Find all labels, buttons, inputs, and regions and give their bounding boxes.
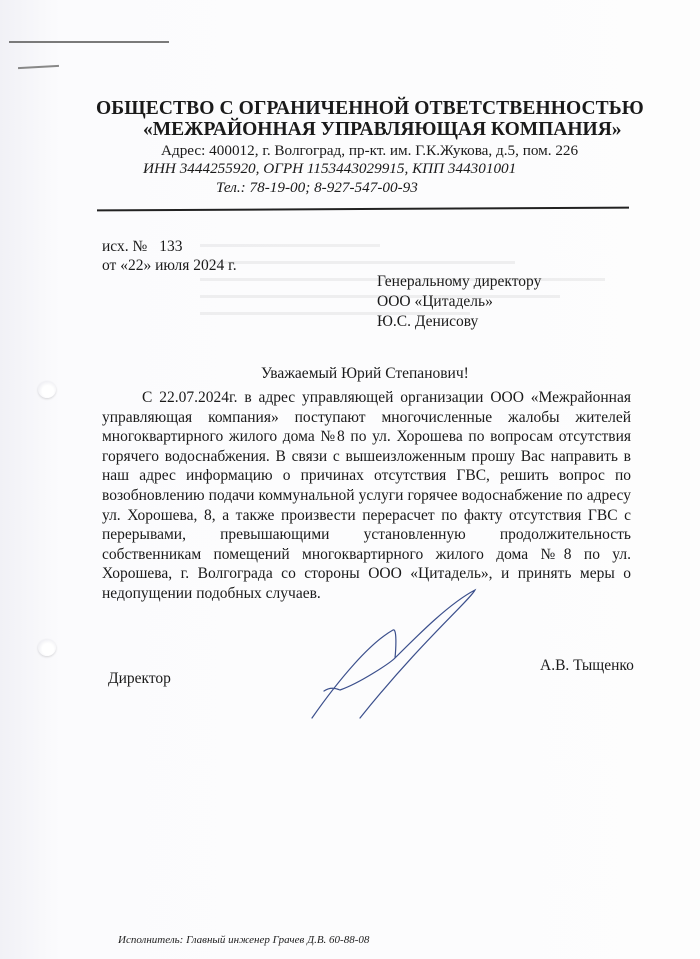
org-phones: Тел.: 78-19-00; 8-927-547-00-93 xyxy=(216,179,418,197)
outgoing-number: исх. №133 xyxy=(102,238,183,256)
executor-note: Исполнитель: Главный инженер Грачев Д.В.… xyxy=(118,934,369,946)
org-name-line1: ОБЩЕСТВО С ОГРАНИЧЕННОЙ ОТВЕТСТВЕННОСТЬЮ xyxy=(96,98,644,120)
addressee-block: Генеральному директору ООО «Цитадель» Ю.… xyxy=(377,272,541,332)
punch-hole xyxy=(38,639,56,656)
addressee-position: Генеральному директору xyxy=(377,272,541,292)
org-address: Адрес: 400012, г. Волгоград, пр-кт. им. … xyxy=(161,142,578,160)
addressee-name: Ю.С. Денисову xyxy=(377,312,541,332)
punch-hole xyxy=(38,381,56,398)
salutation: Уважаемый Юрий Степанович! xyxy=(261,365,469,383)
outgoing-date: от «22» июля 2024 г. xyxy=(102,257,237,275)
outgoing-number-value: 133 xyxy=(159,238,182,255)
org-registration: ИНН 3444255920, ОГРН 1153443029915, КПП … xyxy=(143,160,516,178)
addressee-company: ООО «Цитадель» xyxy=(377,292,541,312)
org-name-line2: «МЕЖРАЙОННАЯ УПРАВЛЯЮЩАЯ КОМПАНИЯ» xyxy=(143,119,622,141)
letter-body: С 22.07.2024г. в адрес управляющей орган… xyxy=(102,388,631,604)
outgoing-number-label: исх. № xyxy=(102,238,147,255)
letterhead-divider xyxy=(97,207,629,212)
signer-title: Директор xyxy=(108,670,171,688)
handwritten-signature xyxy=(300,588,500,728)
scanned-letter-page: ОБЩЕСТВО С ОГРАНИЧЕННОЙ ОТВЕТСТВЕННОСТЬЮ… xyxy=(0,0,700,959)
scan-edge-mark xyxy=(18,65,59,69)
signer-name: А.В. Тыщенко xyxy=(540,657,634,675)
scan-edge-line xyxy=(9,41,169,43)
